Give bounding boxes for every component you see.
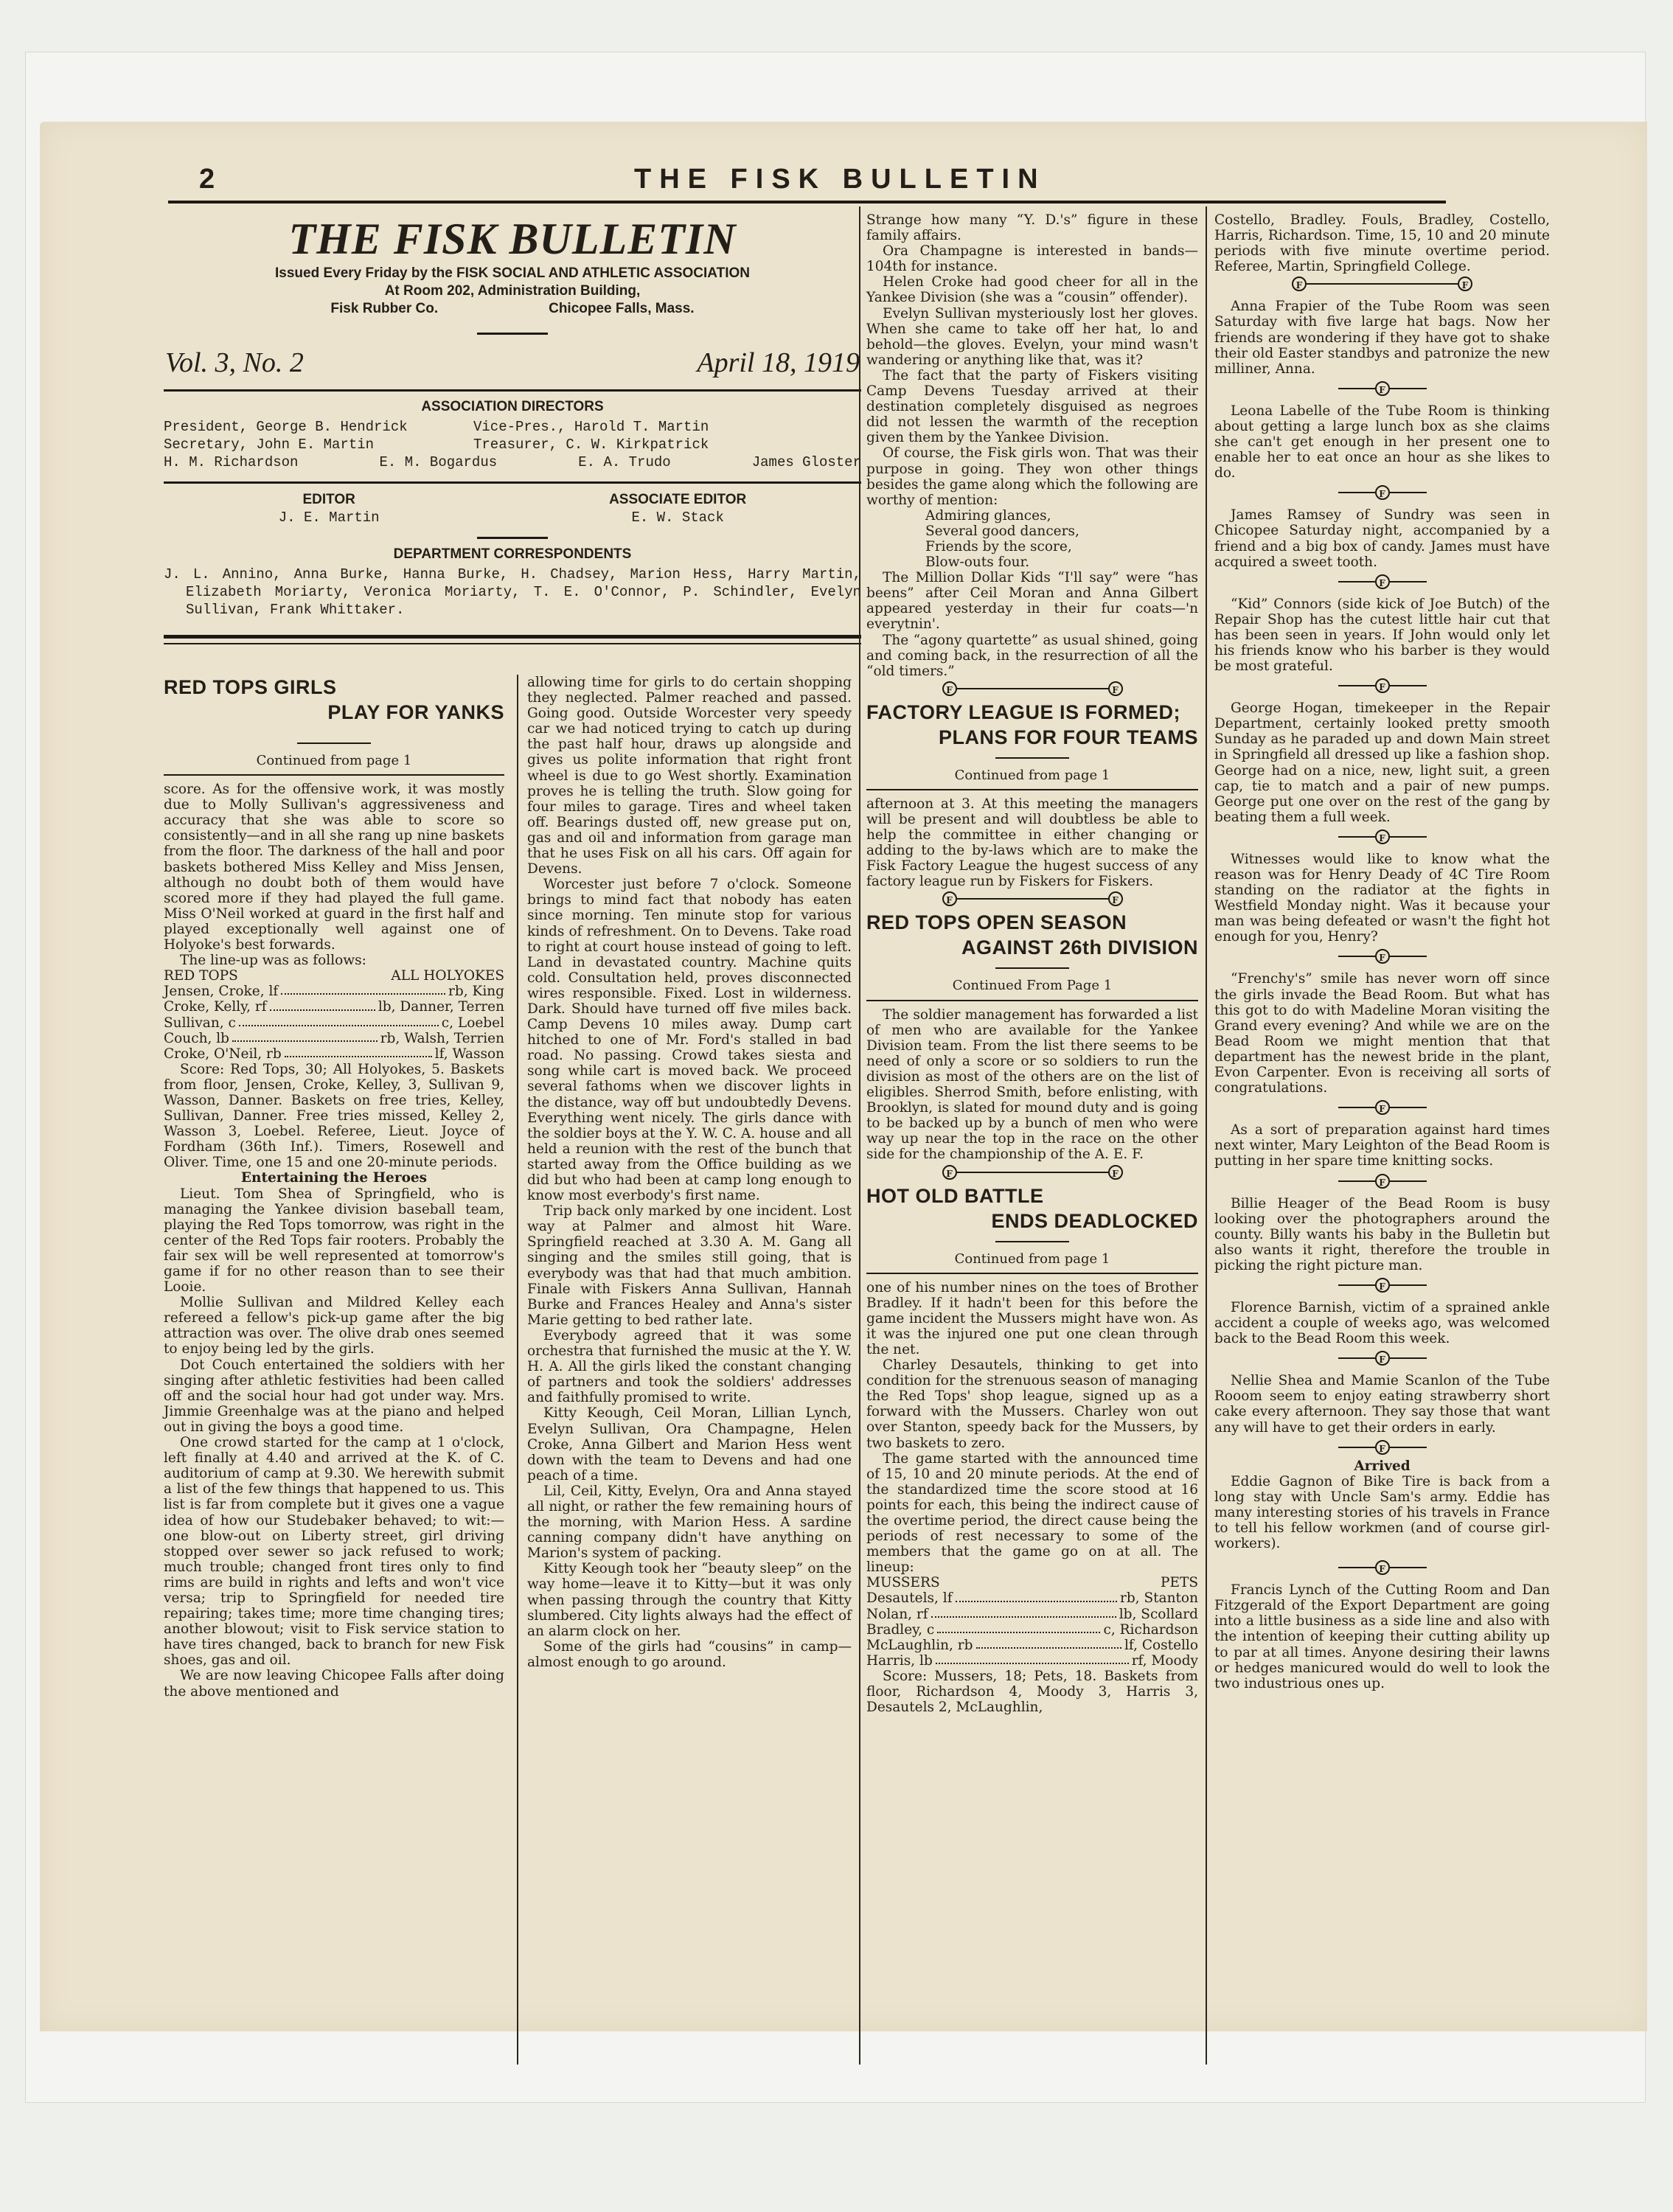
directors-heading: ASSOCIATION DIRECTORS [164,399,861,415]
f-ornament-divider: F [1214,1278,1550,1293]
paragraph: afternoon at 3. At this meeting the mana… [866,796,1198,890]
f-logo-icon: F [1375,1351,1390,1366]
lineup-row: Desautels, lfrb, Stanton [866,1590,1198,1606]
paragraph: Lieut. Tom Shea of Springfield, who is m… [164,1186,504,1295]
lineup-row: McLaughlin, rblf, Costello [866,1638,1198,1653]
headline-line: RED TOPS OPEN SEASON [866,910,1198,935]
paragraph: The line-up was as follows: [164,953,504,968]
paragraph: allowing time for girls to do certain sh… [527,675,852,877]
player-left: Desautels, lf [866,1590,953,1606]
director: E. A. Trudo [578,453,670,471]
personal-item: George Hogan, timekeeper in the Repair D… [1214,700,1550,825]
player-left: Harris, lb [866,1653,933,1669]
issued-line: Issued Every Friday by the FISK SOCIAL A… [164,265,861,282]
f-ornament-divider: F [1214,1440,1550,1455]
assoc-editor-name: E. W. Stack [609,509,746,526]
running-header: 2 THE FISK BULLETIN [177,164,1445,198]
divider [995,967,1069,969]
headline-line: FACTORY LEAGUE IS FORMED; [866,700,1198,725]
player-left: Jensen, Croke, lf [164,984,278,999]
divider [995,1241,1069,1242]
lineup-header: RED TOPSALL HOLYOKES [164,968,504,984]
location: Chicopee Falls, Mass. [549,300,694,318]
masthead-bottom-rule [164,635,861,644]
divider [477,537,548,539]
player-left: Bradley, c [866,1622,934,1638]
headline-line: PLANS FOR FOUR TEAMS [866,725,1198,750]
paragraph: Evelyn Sullivan mysteriously lost her gl… [866,306,1198,368]
paragraph: Helen Croke had good cheer for all in th… [866,274,1198,305]
paragraph: Everybody agreed that it was some orches… [527,1328,852,1405]
paragraph: Trip back only marked by one incident. L… [527,1203,852,1328]
player-left: Croke, O'Neil, rb [164,1046,282,1062]
lineup-table: Desautels, lfrb, StantonNolan, rflb, Sco… [866,1590,1198,1668]
paragraph: The fact that the party of Fiskers visit… [866,368,1198,445]
verse-line: Friends by the score, [866,539,1198,554]
paragraph: Francis Lynch of the Cutting Room and Da… [1214,1582,1550,1691]
player-right: rb, Walsh, Terrien [380,1031,504,1046]
team-name: PETS [1161,1575,1198,1590]
volume-number: Vol. 3, No. 2 [165,347,304,379]
arrived-heading: Arrived [1214,1458,1550,1474]
divider [866,789,1198,790]
player-right: rf, Moody [1132,1653,1198,1669]
lineup-row: Croke, O'Neil, rblf, Wasson [164,1046,504,1062]
continued-note: Continued from page 1 [164,753,504,768]
f-ornament-divider: F [1214,381,1550,396]
column-rule [517,675,518,2065]
headline-factory-league: FACTORY LEAGUE IS FORMED; PLANS FOR FOUR… [866,700,1198,750]
f-logo-icon: F [1292,276,1307,291]
player-right: lf, Wasson [435,1046,504,1062]
director: James Gloster [752,453,861,471]
subheading: Entertaining the Heroes [164,1170,504,1186]
paragraph: Score: Red Tops, 30; All Holyokes, 5. Ba… [164,1062,504,1171]
paragraph: Score: Mussers, 18; Pets, 18. Baskets fr… [866,1669,1198,1715]
f-logo-icon: F [942,681,957,696]
player-right: lf, Costello [1124,1638,1198,1653]
masthead: THE FISK BULLETIN Issued Every Friday by… [164,206,861,644]
paragraph: Lil, Ceil, Kitty, Evelyn, Ora and Anna s… [527,1484,852,1561]
paragraph: The soldier management has forwarded a l… [866,1007,1198,1163]
team-name: MUSSERS [866,1575,940,1590]
lineup-row: Harris, lbrf, Moody [866,1653,1198,1669]
editor-heading: EDITOR [279,491,380,509]
f-logo-icon: F [942,891,957,906]
team-name: RED TOPS [164,968,238,984]
column-2: allowing time for girls to do certain sh… [527,675,852,1670]
f-logo-icon: F [1108,891,1123,906]
f-ornament-divider: F [1214,485,1550,500]
header-rule [168,201,1446,204]
personal-item: Billie Heager of the Bead Room is busy l… [1214,1196,1550,1273]
paragraph: We are now leaving Chicopee Falls after … [164,1668,504,1699]
divider [866,1000,1198,1001]
editor-name: J. E. Martin [279,509,380,526]
f-ornament-divider: F [1214,829,1550,844]
director: Secretary, John E. Martin [164,436,473,453]
f-ornament-divider: FF [866,1165,1198,1180]
continued-note: Continued From Page 1 [866,978,1198,993]
f-logo-icon: F [1375,1278,1390,1293]
paragraph: Kitty Keough took her “beauty sleep” on … [527,1561,852,1638]
divider [164,389,861,392]
paragraph: Ora Champagne is interested in bands—104… [866,243,1198,274]
f-ornament-divider: FF [1214,276,1550,291]
paragraph: Some of the girls had “cousins” in camp—… [527,1639,852,1670]
paragraph: Costello, Bradley. Fouls, Bradley, Coste… [1214,212,1550,274]
headline-line: AGAINST 26th DIVISION [866,935,1198,960]
player-left: Nolan, rf [866,1607,928,1622]
paragraph: Strange how many “Y. D.'s” figure in the… [866,212,1198,243]
lineup-row: Sullivan, cc, Loebel [164,1015,504,1031]
f-logo-icon: F [1375,829,1390,844]
personal-item: Florence Barnish, victim of a sprained a… [1214,1300,1550,1346]
f-logo-icon: F [1375,1440,1390,1455]
verse-line: Blow-outs four. [866,554,1198,570]
f-logo-icon: F [1375,381,1390,396]
masthead-title: THE FISK BULLETIN [164,214,861,265]
f-ornament-divider: FF [866,891,1198,906]
paragraph: Dot Couch entertained the soldiers with … [164,1357,504,1435]
player-left: Croke, Kelly, rf [164,999,267,1015]
f-logo-icon: F [1375,678,1390,693]
paragraph: score. As for the offensive work, it was… [164,782,504,953]
lineup-row: Croke, Kelly, rflb, Danner, Terren [164,999,504,1015]
paragraph: Of course, the Fisk girls won. That was … [866,445,1198,507]
divider [297,742,371,744]
director: E. M. Bogardus [380,453,498,471]
column-rule [1206,206,1207,2065]
lineup-row: Couch, lbrb, Walsh, Terrien [164,1031,504,1046]
personal-item: “Kid” Connors (side kick of Joe Butch) o… [1214,597,1550,674]
f-ornament-divider: F [1214,1351,1550,1366]
continued-note: Continued from page 1 [866,1251,1198,1267]
correspondents-list: J. L. Annino, Anna Burke, Hanna Burke, H… [164,566,861,619]
f-logo-icon: F [1375,1560,1390,1575]
player-right: lb, Danner, Terren [378,999,504,1015]
player-right: lb, Scollard [1119,1607,1198,1622]
column-4: Costello, Bradley. Fouls, Bradley, Coste… [1214,212,1550,1691]
verse: Admiring glances,Several good dancers,Fr… [866,508,1198,570]
paragraph: Kitty Keough, Ceil Moran, Lillian Lynch,… [527,1405,852,1483]
headline-line: PLAY FOR YANKS [164,700,504,725]
f-ornament-divider: F [1214,1560,1550,1575]
personal-item: Leona Labelle of the Tube Room is thinki… [1214,403,1550,481]
column-rule [859,206,860,2065]
verse-line: Several good dancers, [866,524,1198,539]
personals-list: Anna Frapier of the Tube Room was seen S… [1214,299,1550,1454]
f-logo-icon: F [1458,276,1472,291]
director: H. M. Richardson [164,453,298,471]
player-right: rb, Stanton [1120,1590,1198,1606]
headline-line: ENDS DEADLOCKED [866,1208,1198,1234]
paragraph: Worcester just before 7 o'clock. Someone… [527,877,852,1203]
f-logo-icon: F [1375,949,1390,964]
personal-item: James Ramsey of Sundry was seen in Chico… [1214,507,1550,569]
lineup-row: Bradley, cc, Richardson [866,1622,1198,1638]
f-logo-icon: F [1108,1165,1123,1180]
headline-red-tops-girls: RED TOPS GIRLS PLAY FOR YANKS [164,675,504,725]
lineup-table: Jensen, Croke, lfrb, KingCroke, Kelly, r… [164,984,504,1061]
f-ornament-divider: F [1214,1174,1550,1189]
paragraph: One crowd started for the camp at 1 o'cl… [164,1435,504,1668]
player-left: Sullivan, c [164,1015,236,1031]
running-title: THE FISK BULLETIN [634,164,1046,195]
team-name: ALL HOLYOKES [391,968,504,984]
director: President, George B. Hendrick [164,418,473,436]
f-logo-icon: F [1375,1174,1390,1189]
paragraph: Eddie Gagnon of Bike Tire is back from a… [1214,1474,1550,1551]
f-logo-icon: F [1108,681,1123,696]
personal-item: “Frenchy's” smile has never worn off sin… [1214,971,1550,1096]
player-left: McLaughlin, rb [866,1638,973,1653]
divider [477,333,548,335]
f-logo-icon: F [1375,574,1390,589]
lineup-row: Nolan, rflb, Scollard [866,1607,1198,1622]
headline-red-tops-season: RED TOPS OPEN SEASON AGAINST 26th DIVISI… [866,910,1198,960]
player-left: Couch, lb [164,1031,229,1046]
player-right: c, Richardson [1103,1622,1198,1638]
page-number: 2 [199,164,215,195]
column-1: RED TOPS GIRLS PLAY FOR YANKS Continued … [164,675,504,1700]
f-logo-icon: F [1375,1100,1390,1115]
divider [164,774,504,776]
issue-date: April 18, 1919 [697,347,860,379]
address-line: At Room 202, Administration Building, [164,282,861,300]
assoc-editor-heading: ASSOCIATE EDITOR [609,491,746,509]
personal-item: Anna Frapier of the Tube Room was seen S… [1214,299,1550,376]
lineup-header: MUSSERSPETS [866,1575,1198,1590]
editors: EDITORJ. E. Martin ASSOCIATE EDITORE. W.… [164,491,861,526]
f-ornament-divider: FF [866,681,1198,696]
f-ornament-divider: F [1214,949,1550,964]
lineup-row: Jensen, Croke, lfrb, King [164,984,504,999]
company-name: Fisk Rubber Co. [330,300,438,318]
divider [995,757,1069,759]
f-ornament-divider: F [1214,1100,1550,1115]
correspondents-heading: DEPARTMENT CORRESPONDENTS [164,546,861,563]
continued-note: Continued from page 1 [866,768,1198,783]
paragraph: The Million Dollar Kids “I'll say” were … [866,570,1198,632]
paragraph: Mollie Sullivan and Mildred Kelley each … [164,1295,504,1357]
masthead-publisher: Issued Every Friday by the FISK SOCIAL A… [164,265,861,318]
divider [866,1273,1198,1274]
director: Treasurer, C. W. Kirkpatrick [473,436,709,453]
paragraph: The “agony quartette” as usual shined, g… [866,633,1198,679]
paragraph: Charley Desautels, thinking to get into … [866,1357,1198,1451]
personal-item: As a sort of preparation against hard ti… [1214,1122,1550,1169]
headline-line: HOT OLD BATTLE [866,1183,1198,1208]
f-ornament-divider: F [1214,678,1550,693]
director: Vice-Pres., Harold T. Martin [473,418,709,436]
f-logo-icon: F [1375,485,1390,500]
divider [164,481,861,484]
headline-line: RED TOPS GIRLS [164,675,504,700]
headline-hot-old-battle: HOT OLD BATTLE ENDS DEADLOCKED [866,1183,1198,1234]
column-3: Strange how many “Y. D.'s” figure in the… [866,212,1198,1715]
personal-item: Nellie Shea and Mamie Scanlon of the Tub… [1214,1373,1550,1435]
paragraph: The game started with the announced time… [866,1451,1198,1576]
player-right: rb, King [448,984,504,999]
directors-list: President, George B. HendrickVice-Pres.,… [164,418,861,471]
paragraph: one of his number nines on the toes of B… [866,1280,1198,1357]
f-logo-icon: F [942,1165,957,1180]
player-right: c, Loebel [442,1015,504,1031]
verse-line: Admiring glances, [866,508,1198,524]
f-ornament-divider: F [1214,574,1550,589]
personal-item: Witnesses would like to know what the re… [1214,852,1550,945]
